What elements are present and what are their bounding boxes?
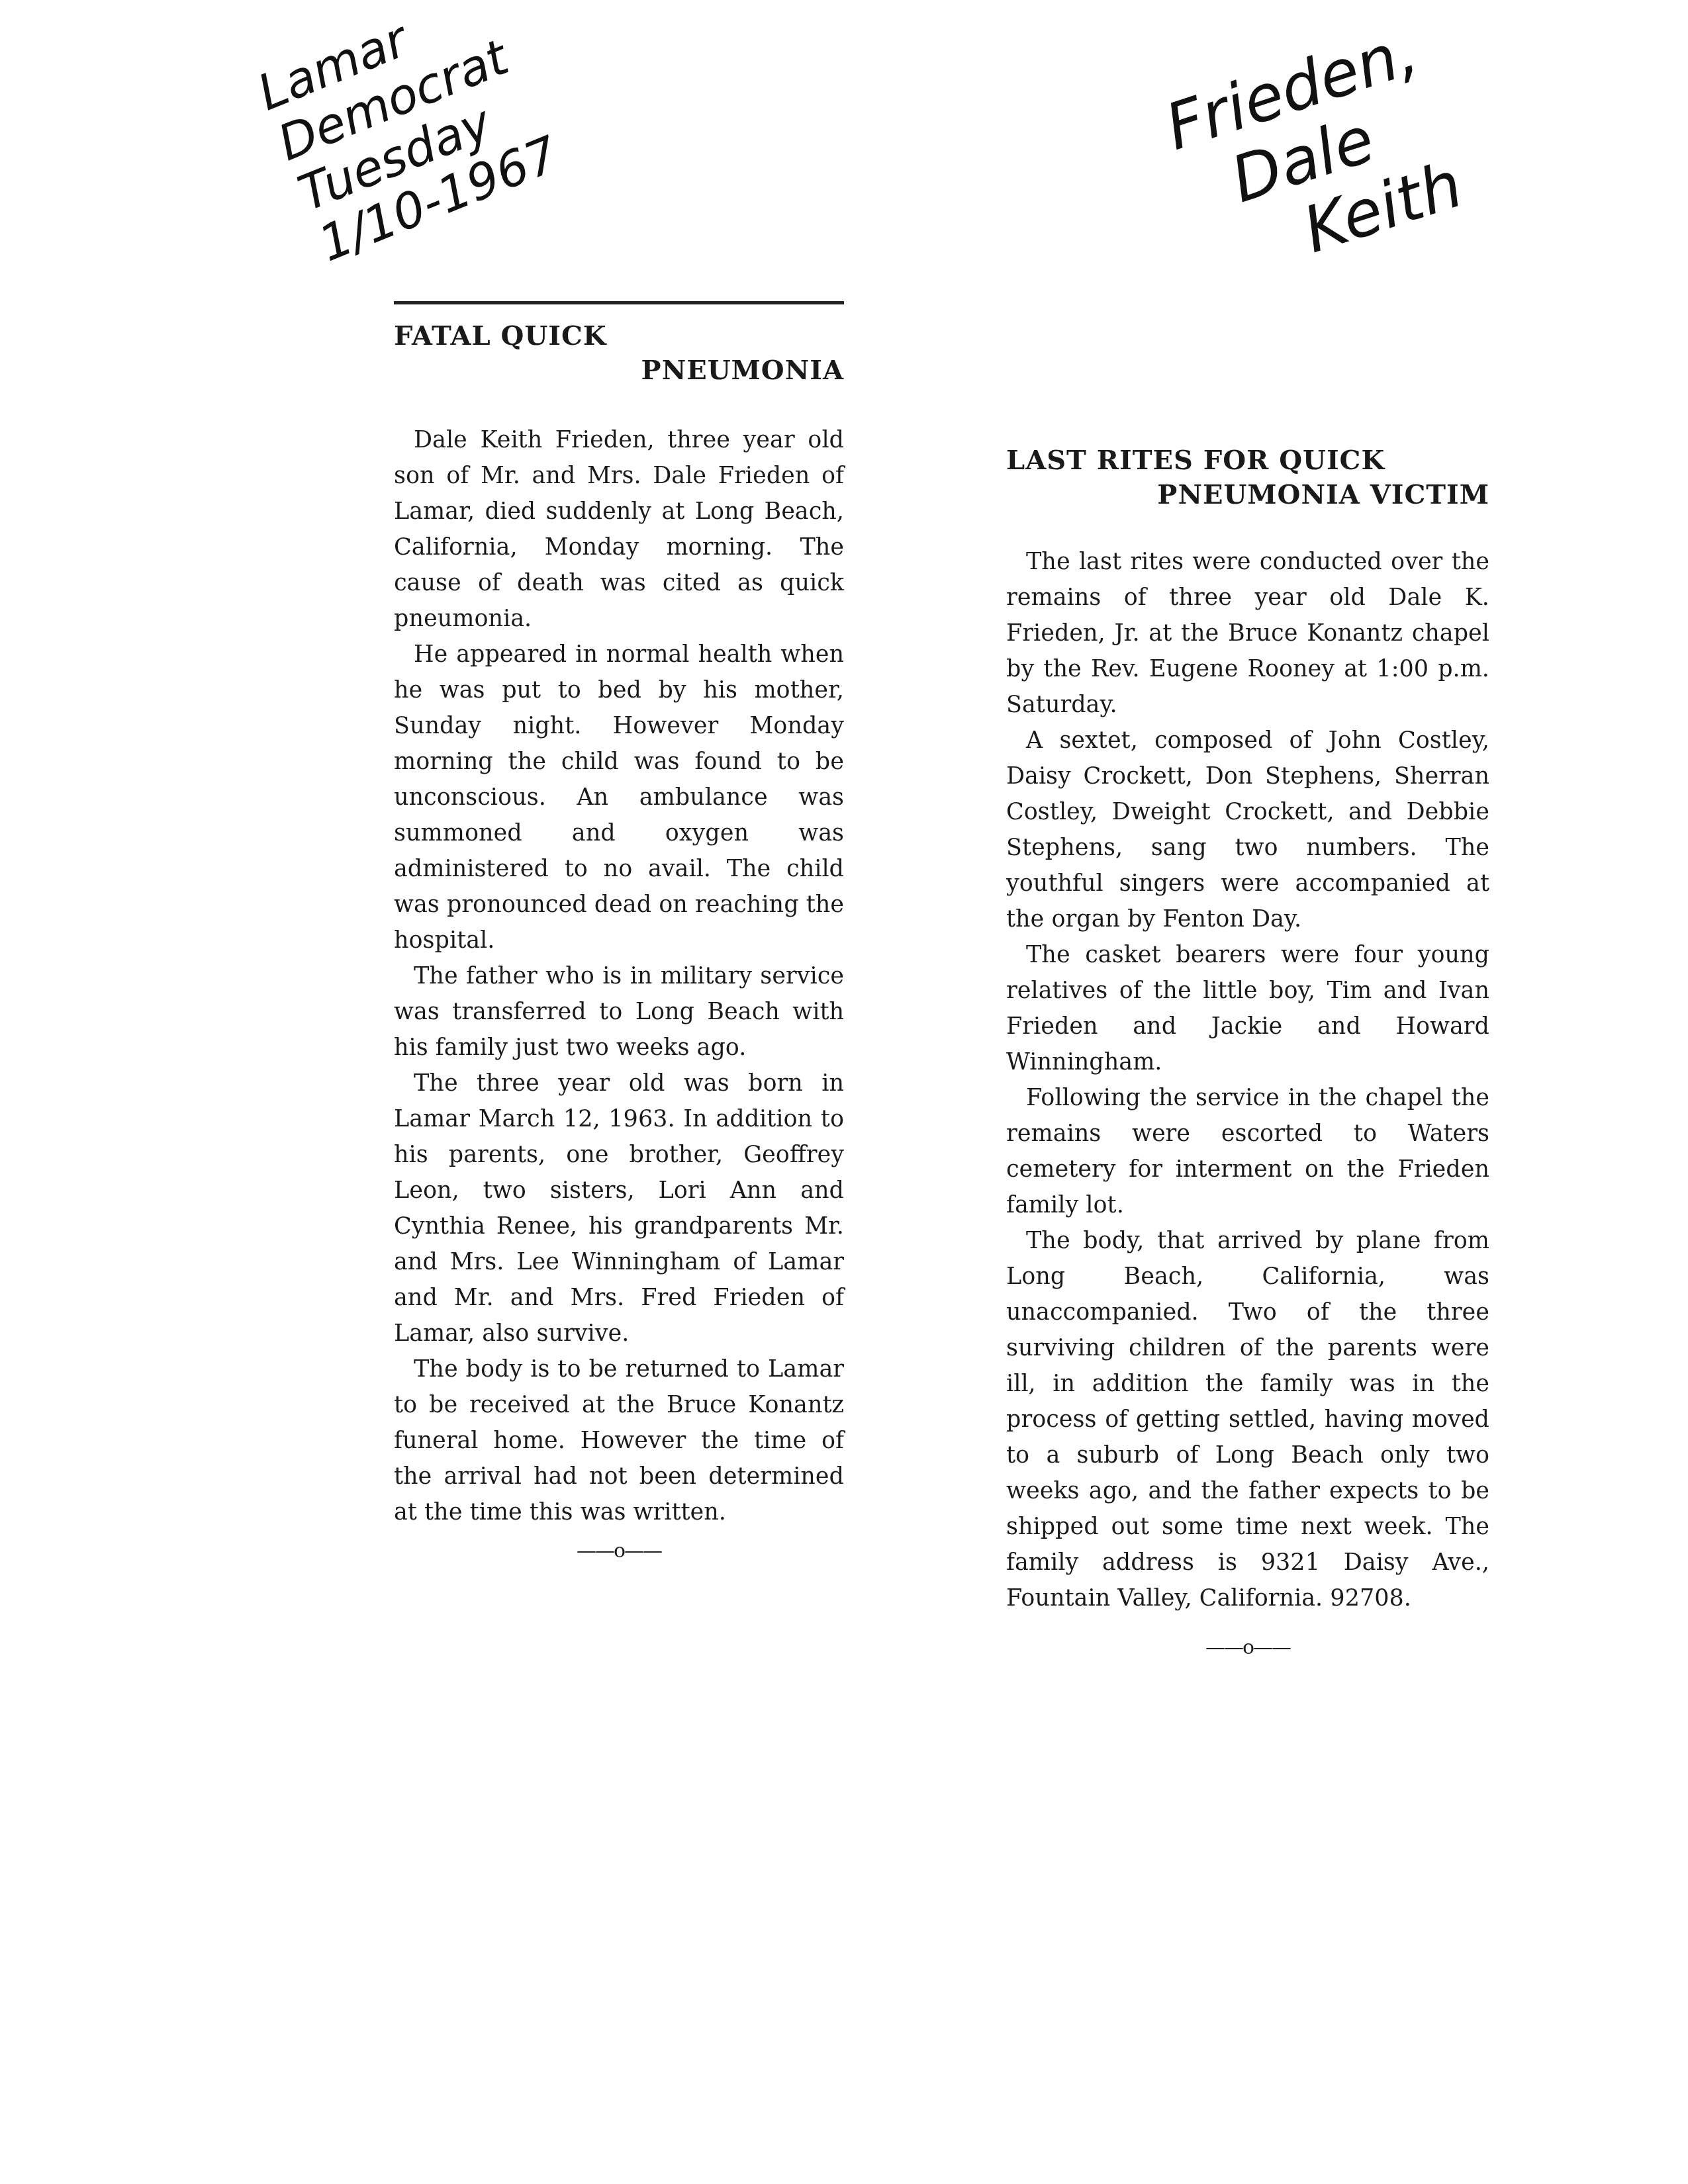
paragraph: Following the service in the chapel the … (1006, 1080, 1489, 1223)
headline-line-1: LAST RITES FOR QUICK (1006, 443, 1489, 478)
headline: LAST RITES FOR QUICK PNEUMONIA VICTIM (1006, 443, 1489, 512)
paragraph: The body is to be returned to Lamar to b… (394, 1351, 844, 1530)
paragraph: The father who is in military service wa… (394, 958, 844, 1066)
headline-line-2: PNEUMONIA (394, 353, 844, 388)
end-mark: ——o—— (1006, 1636, 1489, 1659)
handwritten-note-name: Frieden, Dale Keith (1158, 19, 1472, 299)
article-body: Dale Keith Frieden, three year old son o… (394, 422, 844, 1530)
paragraph: The three year old was born in Lamar Mar… (394, 1066, 844, 1351)
clipping-fatal-quick-pneumonia: FATAL QUICK PNEUMONIA Dale Keith Frieden… (394, 301, 844, 1563)
paragraph: A sextet, composed of John Costley, Dais… (1006, 723, 1489, 937)
headline-line-1: FATAL QUICK (394, 319, 844, 353)
article-body: The last rites were conducted over the r… (1006, 544, 1489, 1616)
paragraph: The last rites were conducted over the r… (1006, 544, 1489, 723)
headline: FATAL QUICK PNEUMONIA (394, 319, 844, 388)
headline-line-2: PNEUMONIA VICTIM (1006, 478, 1489, 512)
paragraph: The casket bearers were four young relat… (1006, 937, 1489, 1080)
clipping-last-rites: LAST RITES FOR QUICK PNEUMONIA VICTIM Th… (1006, 443, 1489, 1659)
paragraph: Dale Keith Frieden, three year old son o… (394, 422, 844, 637)
paragraph: The body, that arrived by plane from Lon… (1006, 1223, 1489, 1616)
paragraph: He appeared in normal health when he was… (394, 637, 844, 958)
top-rule (394, 301, 844, 304)
handwritten-note-publication: Lamar Democrat Tuesday 1/10-1967 (252, 0, 567, 274)
end-mark: ——o—— (394, 1539, 844, 1563)
